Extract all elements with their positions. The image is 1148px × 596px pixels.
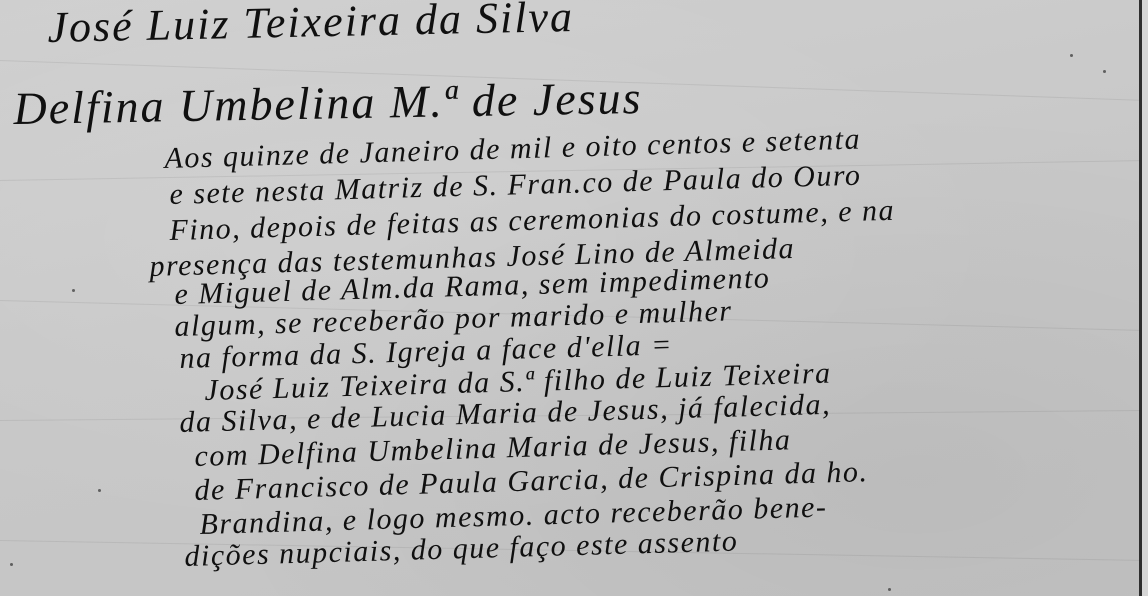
ink-speck — [10, 563, 13, 566]
ink-speck — [72, 289, 75, 292]
ink-speck — [888, 588, 891, 591]
document-scan: José Luiz Teixeira da Silva Delfina Umbe… — [0, 0, 1148, 596]
page-edge — [1142, 0, 1148, 596]
groom-name: José Luiz Teixeira da Silva — [47, 0, 575, 53]
ink-speck — [1103, 70, 1106, 73]
ink-speck — [98, 489, 101, 492]
ink-speck — [1070, 54, 1073, 57]
bride-name: Delfina Umbelina M.ª de Jesus — [13, 71, 643, 135]
